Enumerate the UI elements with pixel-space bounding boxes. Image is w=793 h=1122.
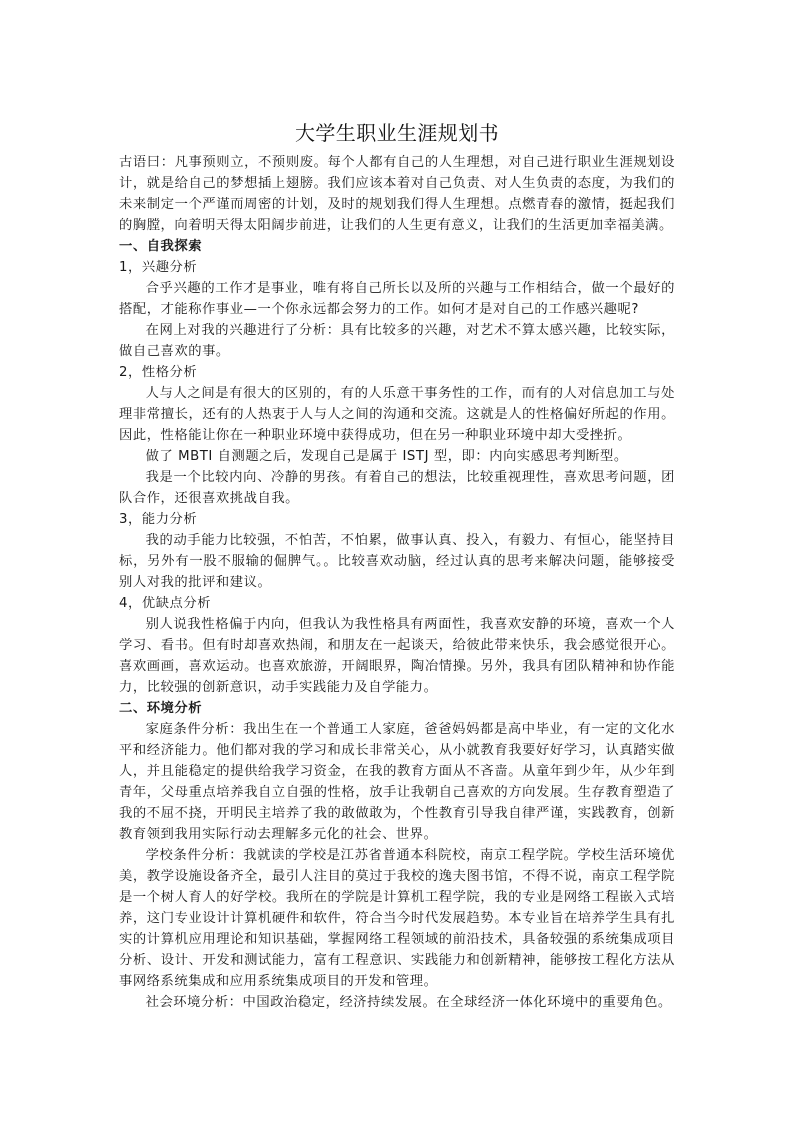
- section-heading: 二、环境分析: [119, 698, 675, 719]
- paragraph-school: 学校条件分析：我就读的学校是江苏省普通本科院校，南京工程学院。学校生活环境优美，…: [119, 845, 675, 992]
- subsection-heading: 4，优缺点分析: [119, 593, 675, 614]
- paragraph: 合乎兴趣的工作才是事业，唯有将自己所长以及所的兴趣与工作相结合，做一个最好的搭配…: [119, 278, 675, 320]
- section-heading: 一、自我探索: [119, 236, 675, 257]
- paragraph-society: 社会环境分析：中国政治稳定，经济持续发展。在全球经济一体化环境中的重要角色。: [119, 992, 675, 1013]
- intro-paragraph: 古语曰：凡事预则立，不预则废。每个人都有自己的人生理想，对自己进行职业生涯规划设…: [119, 152, 675, 236]
- subsection-heading: 1，兴趣分析: [119, 257, 675, 278]
- paragraph-family: 家庭条件分析：我出生在一个普通工人家庭，爸爸妈妈都是高中毕业，有一定的文化水平和…: [119, 719, 675, 845]
- paragraph: 我的动手能力比较强，不怕苦，不怕累，做事认真、投入，有毅力、有恒心，能坚持目标，…: [119, 530, 675, 593]
- paragraph: 人与人之间是有很大的区别的，有的人乐意干事务性的工作，而有的人对信息加工与处理非…: [119, 383, 675, 446]
- document-title: 大学生职业生涯规划书: [119, 118, 675, 148]
- subsection-interest-analysis: 1，兴趣分析 合乎兴趣的工作才是事业，唯有将自己所长以及所的兴趣与工作相结合，做…: [119, 257, 675, 362]
- subsection-heading: 3，能力分析: [119, 509, 675, 530]
- section-environment-analysis: 二、环境分析 家庭条件分析：我出生在一个普通工人家庭，爸爸妈妈都是高中毕业，有一…: [119, 698, 675, 1013]
- document-page: 大学生职业生涯规划书 古语曰：凡事预则立，不预则废。每个人都有自己的人生理想，对…: [119, 118, 675, 1013]
- subsection-personality-analysis: 2，性格分析 人与人之间是有很大的区别的，有的人乐意干事务性的工作，而有的人对信…: [119, 362, 675, 509]
- paragraph: 别人说我性格偏于内向，但我认为我性格具有两面性，我喜欢安静的环境，喜欢一个人学习…: [119, 614, 675, 698]
- subsection-heading: 2，性格分析: [119, 362, 675, 383]
- subsection-ability-analysis: 3，能力分析 我的动手能力比较强，不怕苦，不怕累，做事认真、投入，有毅力、有恒心…: [119, 509, 675, 593]
- paragraph: 我是一个比较内向、冷静的男孩。有着自己的想法，比较重视理性，喜欢思考问题，团队合…: [119, 467, 675, 509]
- subsection-strengths-weaknesses: 4，优缺点分析 别人说我性格偏于内向，但我认为我性格具有两面性，我喜欢安静的环境…: [119, 593, 675, 698]
- section-self-exploration: 一、自我探索 1，兴趣分析 合乎兴趣的工作才是事业，唯有将自己所长以及所的兴趣与…: [119, 236, 675, 698]
- paragraph: 做了 MBTI 自测题之后，发现自己是属于 ISTJ 型，即：内向实感思考判断型…: [119, 446, 675, 467]
- paragraph: 在网上对我的兴趣进行了分析：具有比较多的兴趣，对艺术不算太感兴趣，比较实际，做自…: [119, 320, 675, 362]
